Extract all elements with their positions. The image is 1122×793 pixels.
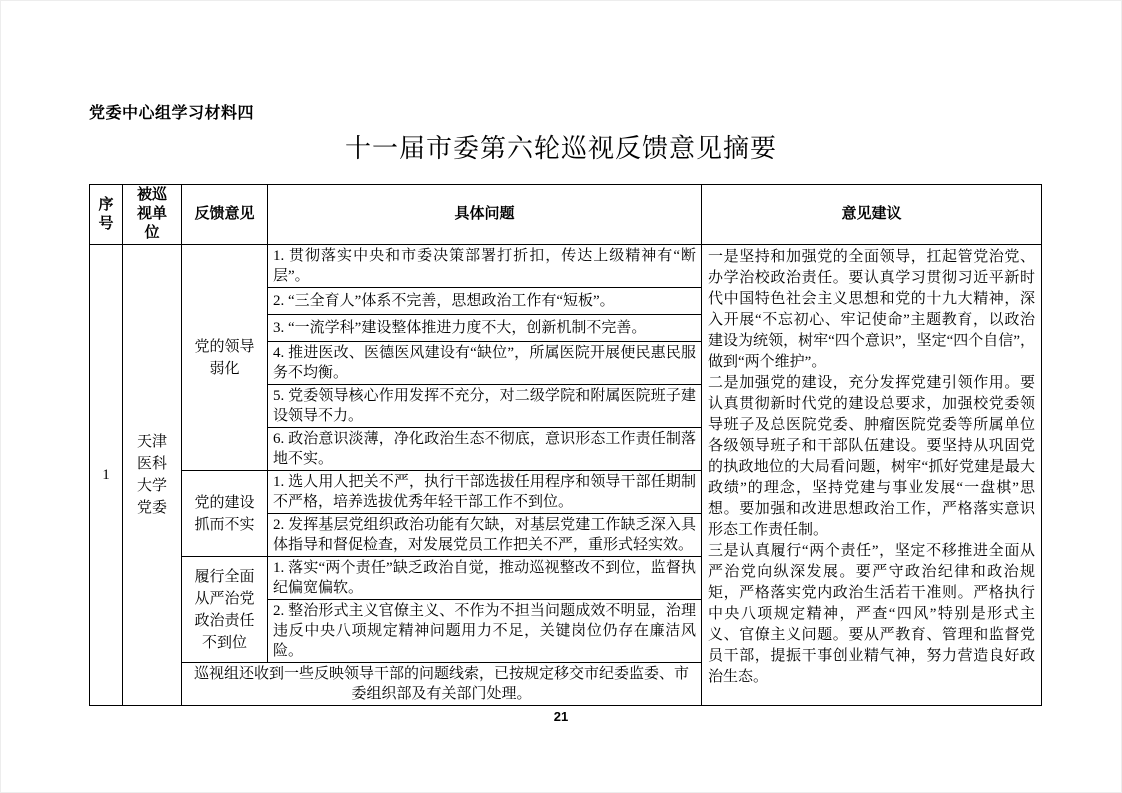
cell-unit: 天津医科大学党委 bbox=[123, 245, 182, 706]
problem-cell: 1. 贯彻落实中央和市委决策部署打折扣，传达上级精神有“断层”。 bbox=[268, 245, 702, 288]
problem-cell: 2. 发挥基层党组织政治功能有欠缺，对基层党建工作缺乏深入具体指导和督促检查，对… bbox=[268, 514, 702, 557]
feedback-label-responsibility: 履行全面从严治党政治责任不到位 bbox=[182, 557, 268, 663]
suggestion-paragraph: 三是认真履行“两个责任”，坚定不移推进全面从严治党向纵深发展。要严守政治纪律和政… bbox=[708, 541, 1035, 688]
problem-cell: 5. 党委领导核心作用发挥不充分，对二级学院和附属医院班子建设领导不力。 bbox=[268, 385, 702, 428]
suggestion-paragraph: 一是坚持和加强党的全面领导，扛起管党治党、办学治校政治责任。要认真学习贯彻习近平… bbox=[708, 247, 1035, 373]
col-header-unit: 被巡视单位 bbox=[123, 185, 182, 245]
table-header-row: 序号 被巡视单位 反馈意见 具体问题 意见建议 bbox=[90, 185, 1042, 245]
page-number: 21 bbox=[1, 709, 1121, 724]
problem-cell: 1. 落实“两个责任”缺乏政治自觉，推动巡视整改不到位，监督执纪偏宽偏软。 bbox=[268, 557, 702, 600]
doc-title: 十一届市委第六轮巡视反馈意见摘要 bbox=[1, 128, 1121, 165]
suggestions-cell: 一是坚持和加强党的全面领导，扛起管党治党、办学治校政治责任。要认真学习贯彻习近平… bbox=[702, 245, 1042, 706]
col-header-index: 序号 bbox=[90, 185, 123, 245]
suggestion-paragraph: 二是加强党的建设，充分发挥党建引领作用。要认真贯彻新时代党的建设总要求，加强校党… bbox=[708, 373, 1035, 541]
table-row: 1 天津医科大学党委 党的领导弱化 1. 贯彻落实中央和市委决策部署打折扣，传达… bbox=[90, 245, 1042, 288]
problem-cell: 6. 政治意识淡薄，净化政治生态不彻底，意识形态工作责任制落地不实。 bbox=[268, 428, 702, 471]
col-header-problems: 具体问题 bbox=[268, 185, 702, 245]
cell-index: 1 bbox=[90, 245, 123, 706]
note-cell: 巡视组还收到一些反映领导干部的问题线索，已按规定移交市纪委监委、市委组织部及有关… bbox=[182, 663, 702, 706]
document-page: 党委中心组学习材料四 十一届市委第六轮巡视反馈意见摘要 序号 被巡视单位 反馈意… bbox=[0, 0, 1122, 793]
problem-cell: 2. 整治形式主义官僚主义、不作为不担当问题成效不明显，治理违反中央八项规定精神… bbox=[268, 600, 702, 663]
problem-cell: 4. 推进医改、医德医风建设有“缺位”，所属医院开展便民惠民服务不均衡。 bbox=[268, 342, 702, 385]
col-header-suggestions: 意见建议 bbox=[702, 185, 1042, 245]
inspection-feedback-table: 序号 被巡视单位 反馈意见 具体问题 意见建议 1 天津医科大学党委 党的领导弱… bbox=[89, 184, 1042, 706]
feedback-label-party-building: 党的建设抓而不实 bbox=[182, 471, 268, 557]
feedback-label-leadership: 党的领导弱化 bbox=[182, 245, 268, 471]
col-header-feedback: 反馈意见 bbox=[182, 185, 268, 245]
material-label: 党委中心组学习材料四 bbox=[89, 100, 254, 123]
problem-cell: 1. 选人用人把关不严，执行干部选拔任用程序和领导干部任期制不严格，培养选拔优秀… bbox=[268, 471, 702, 514]
problem-cell: 2. “三全育人”体系不完善，思想政治工作有“短板”。 bbox=[268, 288, 702, 315]
problem-cell: 3. “一流学科”建设整体推进力度不大，创新机制不完善。 bbox=[268, 315, 702, 342]
